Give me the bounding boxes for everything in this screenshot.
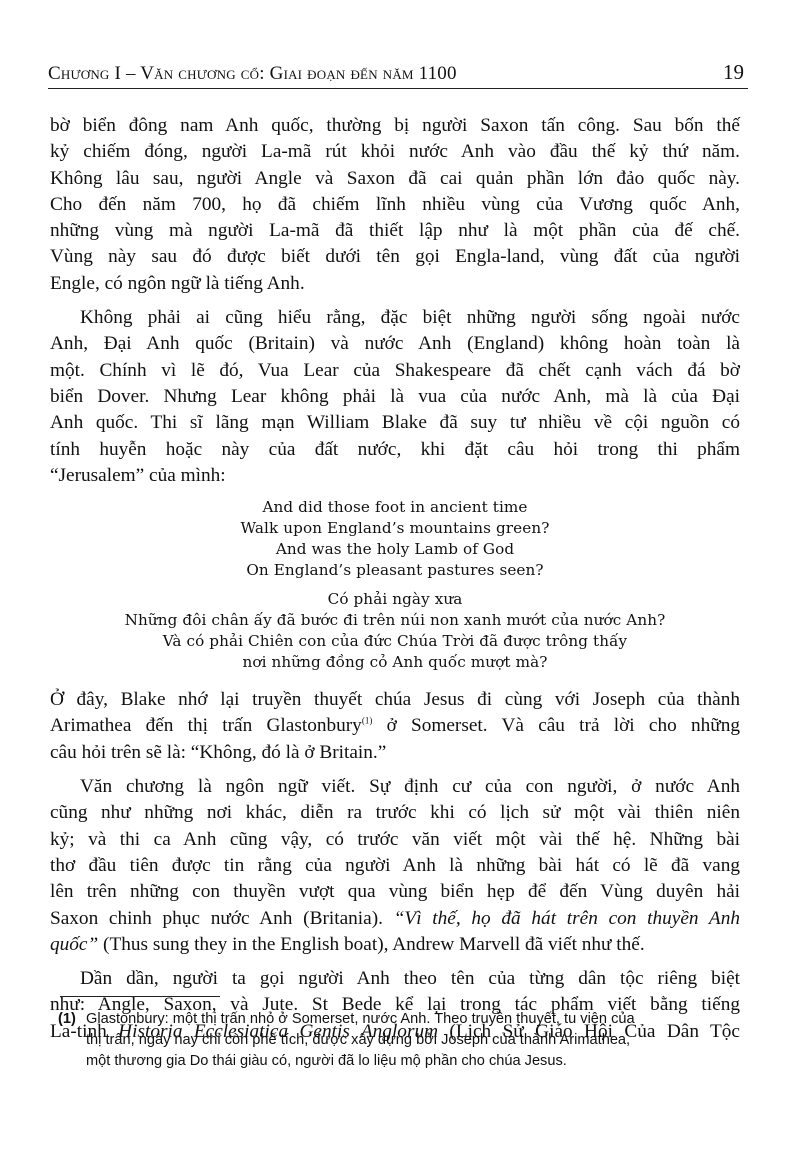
text-line: bờ biển đông nam Anh quốc, thường bị ngư…: [50, 113, 740, 139]
text-line: lên trên những con thuyền vượt qua vùng …: [50, 879, 740, 905]
verse-vietnamese: Có phải ngày xưa Những đôi chân ấy đã bư…: [50, 589, 740, 673]
footnote-divider: [60, 996, 220, 997]
paragraph-3: Ở đây, Blake nhớ lại truyền thuyết chúa …: [50, 687, 740, 766]
text-line: kỷ; và thi ca Anh cũng vậy, có trước văn…: [50, 827, 740, 853]
text-line: “Jerusalem” của mình:: [50, 463, 740, 489]
footnote-marker: (1): [58, 1009, 76, 1030]
paragraph-4: Văn chương là ngôn ngữ viết. Sự định cư …: [50, 774, 740, 958]
paragraph-1: bờ biển đông nam Anh quốc, thường bị ngư…: [50, 113, 740, 297]
footnote-line: thị trấn, ngày nay chỉ còn phế tích, đượ…: [86, 1030, 748, 1051]
text-line: Cho đến năm 700, họ đã chiếm lĩnh nhiều …: [50, 192, 740, 218]
verse-line: And was the holy Lamb of God: [50, 539, 740, 560]
footnote-ref-1[interactable]: (1): [362, 716, 373, 726]
paragraph-2: Không phải ai cũng hiểu rằng, đặc biệt n…: [50, 305, 740, 489]
text-span: Arimathea đến thị trấn Glastonbury: [50, 715, 362, 736]
text-line: Anh quốc. Thi sĩ lãng mạn William Blake …: [50, 410, 740, 436]
footnote-text: Glastonbury: một thị trấn nhỏ ở Somerset…: [58, 1009, 748, 1072]
text-line: Anh, Đại Anh quốc (Britain) và nước Anh …: [50, 331, 740, 357]
verse-line: nơi những đồng cỏ Anh quốc mượt mà?: [50, 652, 740, 673]
text-line: Ở đây, Blake nhớ lại truyền thuyết chúa …: [50, 687, 740, 713]
text-line: một. Chính vì lẽ đó, Vua Lear của Shakes…: [50, 358, 740, 384]
page-number: 19: [723, 60, 744, 85]
text-line: Văn chương là ngôn ngữ viết. Sự định cư …: [50, 774, 740, 800]
text-line: Arimathea đến thị trấn Glastonbury(1) ở …: [50, 713, 740, 739]
text-line: Saxon chinh phục nước Anh (Britania). “V…: [50, 906, 740, 932]
text-line: những vùng mà người La-mã đã thiết lập n…: [50, 218, 740, 244]
verse-line: Những đôi chân ấy đã bước đi trên núi no…: [50, 610, 740, 631]
verse-line: Và có phải Chiên con của đức Chúa Trời đ…: [50, 631, 740, 652]
verse-line: And did those foot in ancient time: [50, 497, 740, 518]
text-line: biển Dover. Nhưng Lear không phải là vua…: [50, 384, 740, 410]
footnote-line: Glastonbury: một thị trấn nhỏ ở Somerset…: [86, 1009, 748, 1030]
text-line: Engle, có ngôn ngữ là tiếng Anh.: [50, 271, 740, 297]
text-span: ở Somerset. Và câu trả lời cho những: [372, 715, 740, 736]
quote-italic: quốc”: [50, 934, 98, 955]
chapter-title: Chương I – Văn chương cổ: Giai đoạn đến …: [48, 63, 457, 85]
text-line: Dần dần, người ta gọi người Anh theo tên…: [50, 966, 740, 992]
text-line: kỷ chiếm đóng, người La-mã rút khỏi nước…: [50, 139, 740, 165]
running-header: Chương I – Văn chương cổ: Giai đoạn đến …: [48, 60, 748, 89]
quote-italic: “Vì thế, họ đã hát trên con thuyền Anh: [394, 908, 740, 929]
footnote-line: một thương gia Do thái giàu có, người đã…: [86, 1051, 748, 1072]
text-line: quốc” (Thus sung they in the English boa…: [50, 932, 740, 958]
text-span: (Thus sung they in the English boat), An…: [98, 934, 644, 955]
text-line: câu hỏi trên sẽ là: “Không, đó là ở Brit…: [50, 740, 740, 766]
verse-line: Có phải ngày xưa: [50, 589, 740, 610]
text-line: tính huyễn hoặc này của đất nước, khi đặ…: [50, 437, 740, 463]
text-line: Vùng này sau đó được biết dưới tên gọi E…: [50, 244, 740, 270]
text-span: Saxon chinh phục nước Anh (Britania).: [50, 908, 394, 929]
book-page: Chương I – Văn chương cổ: Giai đoạn đến …: [0, 0, 800, 1165]
verse-line: On England’s pleasant pastures seen?: [50, 560, 740, 581]
text-line: Không phải ai cũng hiểu rằng, đặc biệt n…: [50, 305, 740, 331]
verse-line: Walk upon England’s mountains green?: [50, 518, 740, 539]
text-line: Không lâu sau, người Angle và Saxon đã c…: [50, 166, 740, 192]
text-line: thơ đầu tiên được tin rằng của người Anh…: [50, 853, 740, 879]
body-text: bờ biển đông nam Anh quốc, thường bị ngư…: [50, 113, 740, 1053]
footnote-1: (1) Glastonbury: một thị trấn nhỏ ở Some…: [58, 1009, 748, 1072]
text-line: cũng như những nơi khác, diễn ra trước k…: [50, 800, 740, 826]
verse-english: And did those foot in ancient time Walk …: [50, 497, 740, 581]
